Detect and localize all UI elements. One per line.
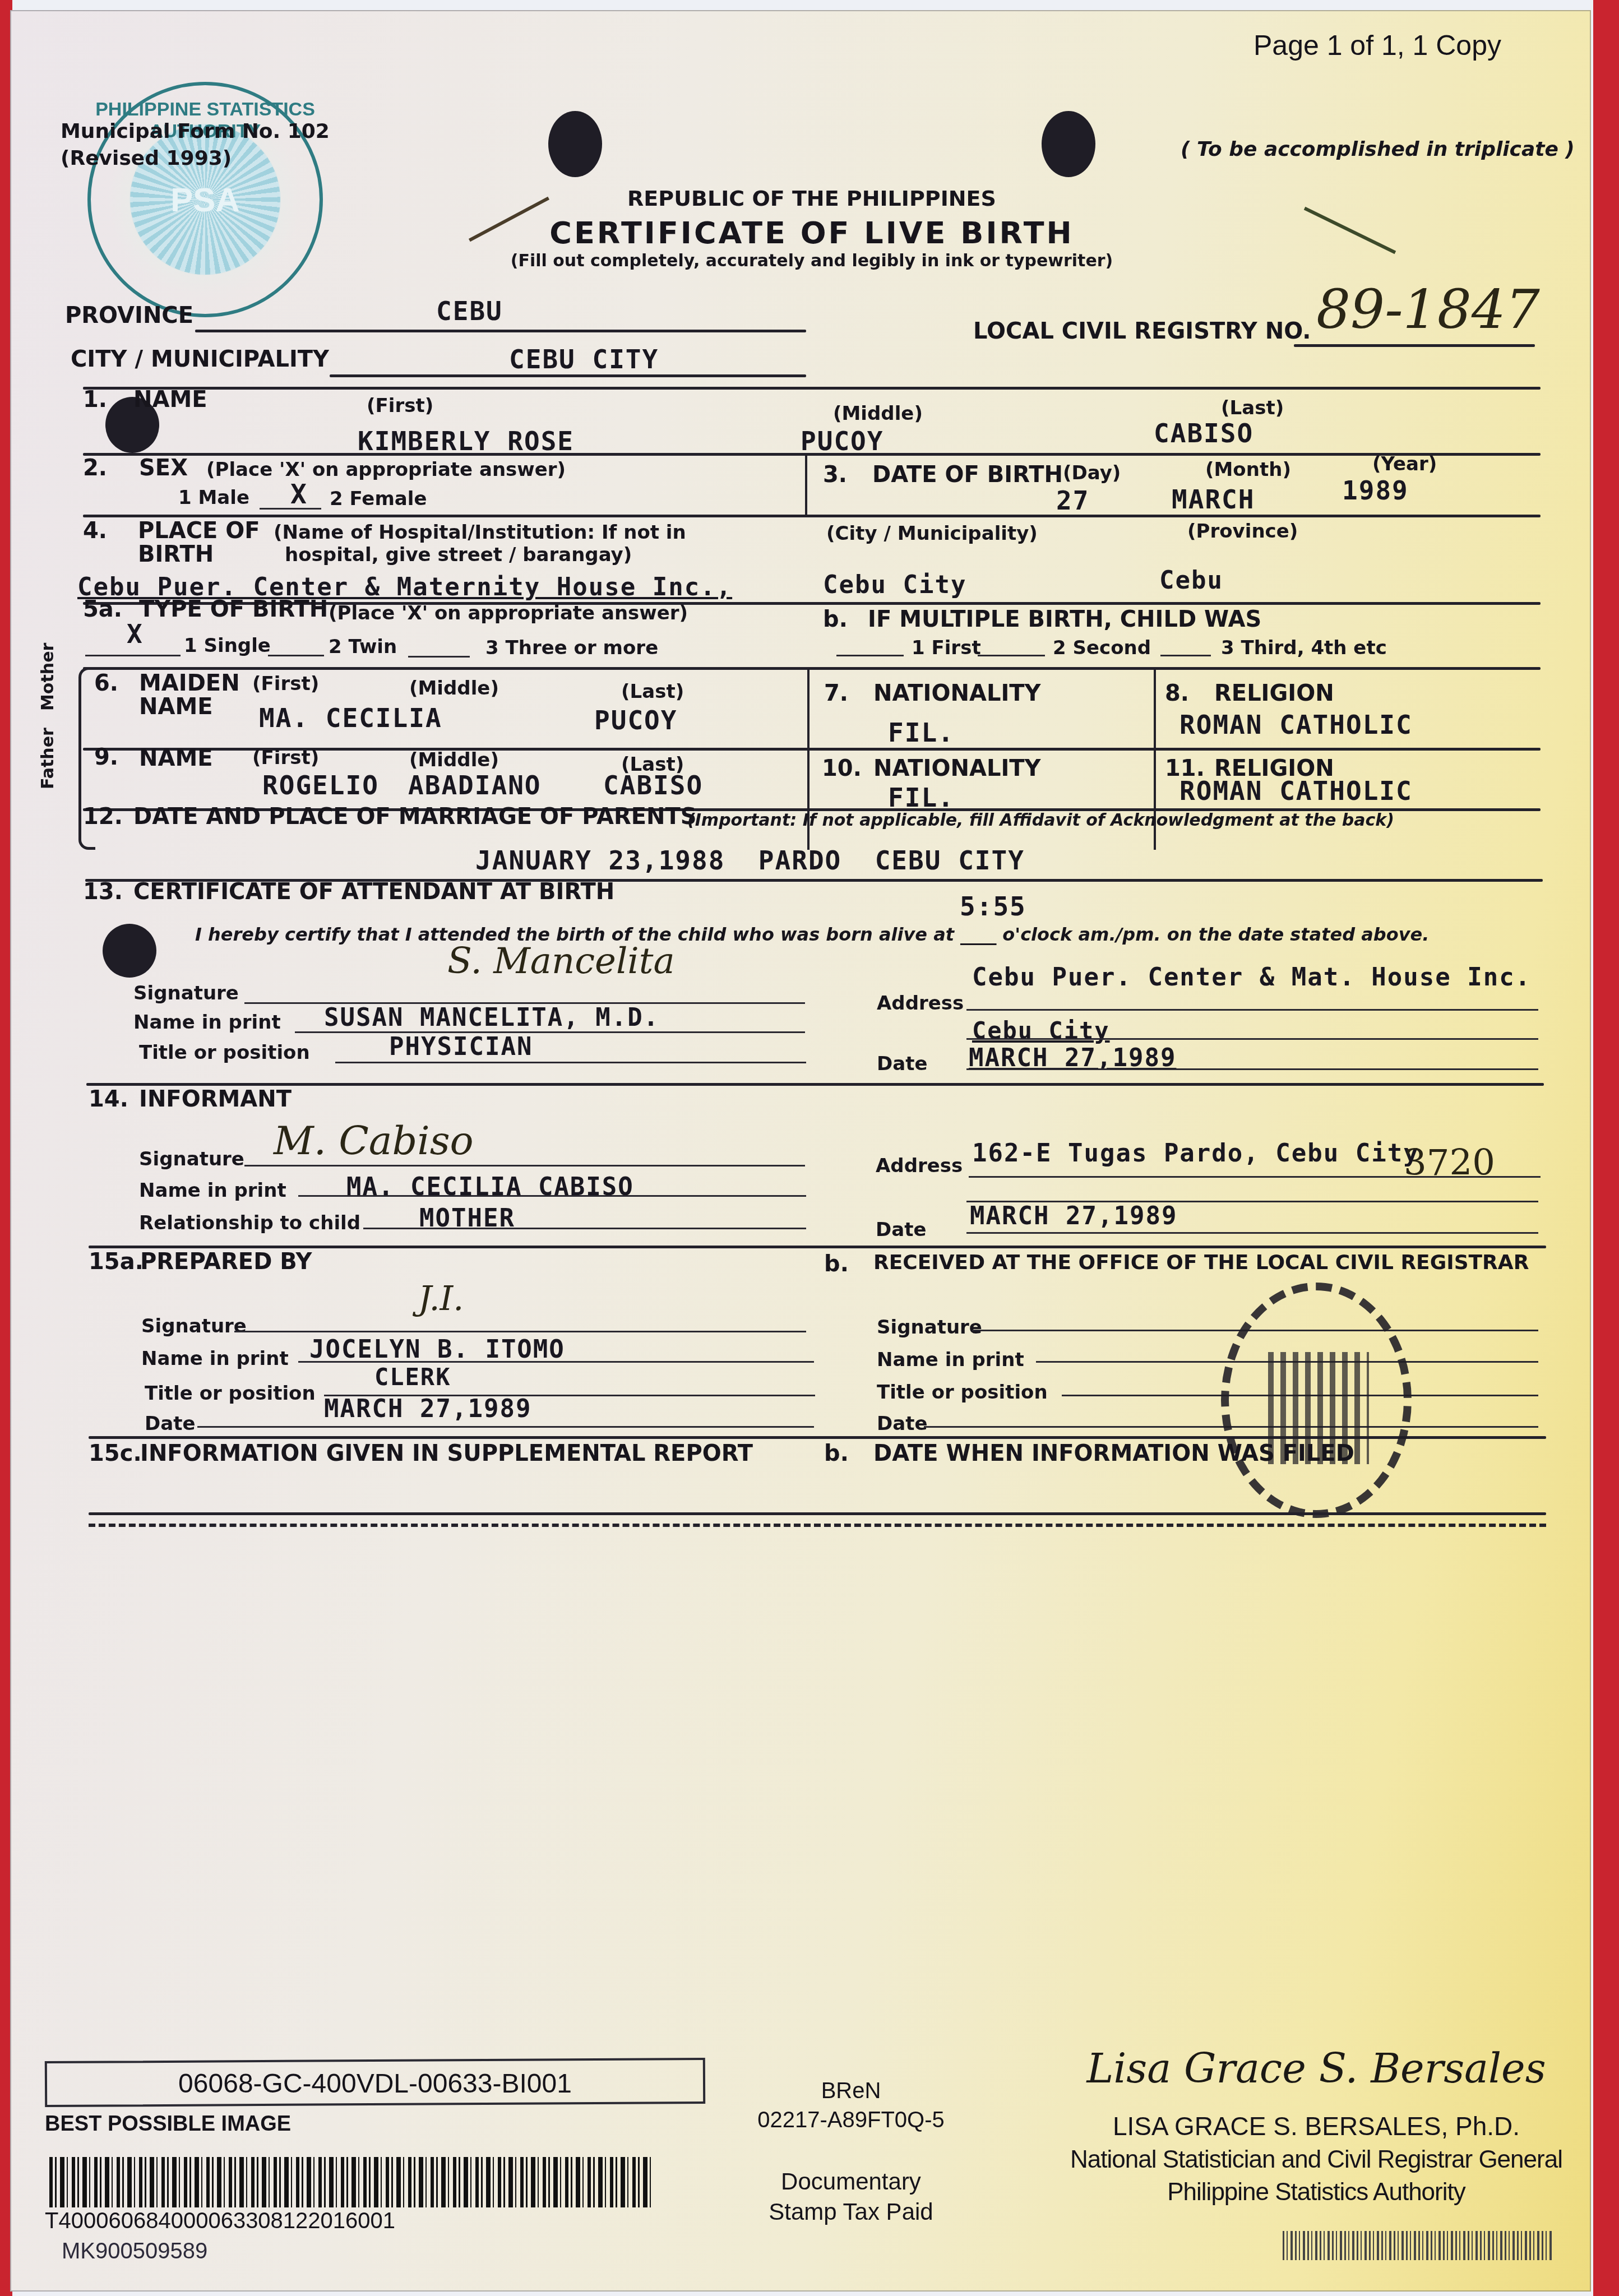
attendant-title-label: Title or position	[139, 1041, 310, 1064]
document-id: 06068-GC-400VDL-00633-BI001	[45, 2068, 705, 2099]
punch-hole-icon	[548, 111, 602, 177]
received-label: RECEIVED AT THE OFFICE OF THE LOCAL CIVI…	[873, 1251, 1529, 1274]
attendant-title: PHYSICIAN	[389, 1033, 533, 1061]
mother-nationality-num: 7.	[824, 681, 848, 706]
province-label: PROVINCE	[65, 303, 193, 328]
sex-label: SEX	[139, 455, 188, 481]
mother-last-name: PUCOY	[594, 705, 677, 735]
psa-seal-icon: PHILIPPINE STATISTICS AUTHORITY PSA	[87, 82, 323, 317]
city-label: CITY / MUNICIPALITY	[71, 346, 329, 372]
mother-label: MAIDEN	[139, 670, 240, 696]
received-name-label[interactable]: Name in print	[877, 1349, 1024, 1371]
attendant-label: CERTIFICATE OF ATTENDANT AT BIRTH	[133, 879, 614, 905]
signatory-title: National Statistician and Civil Registra…	[1036, 2146, 1597, 2174]
type-instructions: (Place 'X' on appropriate answer)	[329, 602, 688, 624]
type-num: 5a.	[83, 596, 122, 622]
mother-side-label: Mother	[38, 643, 58, 711]
dashed-divider	[89, 1524, 1546, 1527]
multiple-option-third[interactable]: 3 Third, 4th etc	[1221, 637, 1387, 659]
father-middle-label: (Middle)	[409, 749, 499, 771]
supplemental-date-label: DATE WHEN INFORMATION WAS FILED	[873, 1441, 1354, 1466]
name-num: 1.	[83, 387, 107, 413]
first-label: (First)	[367, 395, 433, 417]
marriage-note: (Important: If not applicable, fill Affi…	[687, 811, 1394, 830]
dob-month: MARCH	[1172, 484, 1255, 515]
document-title: CERTIFICATE OF LIVE BIRTH	[503, 215, 1120, 251]
attendant-signature-label: Signature	[133, 982, 239, 1004]
dob-day-label: (Day)	[1063, 462, 1121, 484]
sex-option-female[interactable]: 2 Female	[330, 488, 427, 510]
sex-num: 2.	[83, 455, 107, 481]
mother-last-label: (Last)	[621, 681, 684, 703]
pob-num: 4.	[83, 518, 107, 544]
attendant-num: 13.	[83, 879, 123, 905]
dob-num: 3.	[823, 462, 847, 488]
mother-first-label: (First)	[252, 673, 319, 695]
informant-date: MARCH 27,1989	[970, 1202, 1177, 1230]
prepared-num: 15a.	[89, 1249, 144, 1275]
father-first-label: (First)	[252, 747, 319, 769]
mother-nationality: FIL.	[888, 717, 955, 748]
received-num: b.	[824, 1251, 849, 1277]
lcr-label: LOCAL CIVIL REGISTRY NO.	[973, 318, 1311, 344]
mother-middle-label: (Middle)	[409, 677, 499, 700]
informant-date-label: Date	[876, 1219, 926, 1241]
form-number: Municipal Form No. 102	[61, 120, 330, 143]
attendant-address-line1: Cebu Puer. Center & Mat. House Inc.	[972, 963, 1531, 992]
prepared-name: JOCELYN B. ITOMO	[309, 1335, 565, 1364]
last-label: (Last)	[1221, 397, 1284, 419]
pob-label: PLACE OF	[138, 518, 260, 544]
father-nationality-label: NATIONALITY	[873, 756, 1041, 781]
mother-first-name: MA. CECILIA	[259, 703, 442, 733]
certificate-sheet: Page 1 of 1, 1 Copy PHILIPPINE STATISTIC…	[10, 10, 1591, 2292]
type-of-birth-label: TYPE OF BIRTH	[139, 596, 328, 622]
informant-address-label: Address	[876, 1155, 963, 1177]
birth-time: 5:55	[960, 891, 1026, 922]
pob-province-label: (Province)	[1187, 520, 1298, 543]
stamp-tax-label: Documentary	[716, 2168, 986, 2195]
lcr-value: 89-1847	[1316, 278, 1540, 341]
child-last-name: CABISO	[1154, 418, 1253, 448]
seal-initials: PSA	[91, 180, 320, 219]
barcode-number: T40006068400006330812201600​1	[45, 2209, 395, 2234]
mother-num: 6.	[94, 670, 118, 696]
informant-name-label: Name in print	[139, 1179, 286, 1202]
punch-hole-icon	[1042, 111, 1095, 177]
father-side-label: Father	[38, 728, 58, 789]
supplemental-label: INFORMATION GIVEN IN SUPPLEMENTAL REPORT	[140, 1441, 753, 1466]
prepared-title-label: Title or position	[145, 1382, 316, 1405]
pob-instructions: (Name of Hospital/Institution: If not in	[274, 521, 686, 544]
type-option-single[interactable]: 1 Single	[184, 635, 271, 657]
stamp-tax-label-2: Stamp Tax Paid	[716, 2198, 986, 2225]
republic-heading: REPUBLIC OF THE PHILIPPINES	[503, 186, 1120, 211]
child-first-name: KIMBERLY ROSE	[358, 426, 574, 456]
sex-instructions: (Place 'X' on appropriate answer)	[206, 459, 566, 481]
mother-religion: ROMAN CATHOLIC	[1179, 710, 1413, 740]
father-name-label: NAME	[139, 746, 213, 771]
marriage-label: DATE AND PLACE OF MARRIAGE OF PARENTS	[133, 804, 697, 830]
attendant-signature: S. Mancelita	[447, 941, 675, 982]
mother-label-2: NAME	[139, 694, 213, 720]
signatory-organization: Philippine Statistics Authority	[1036, 2178, 1597, 2206]
attendant-date-label: Date	[877, 1053, 927, 1075]
child-middle-name: PUCOY	[801, 426, 883, 456]
attendant-certification: I hereby certify that I attended the bir…	[195, 924, 1429, 945]
mother-nationality-label: NATIONALITY	[873, 681, 1041, 706]
sex-option-male[interactable]: 1 Male	[178, 487, 249, 509]
received-title-label[interactable]: Title or position	[877, 1381, 1048, 1404]
informant-name: MA. CECILIA CABISO	[346, 1173, 634, 1201]
province-value: CEBU	[436, 296, 503, 326]
bren-label: BReN	[716, 2079, 986, 2104]
punch-hole-icon	[103, 924, 156, 978]
informant-signature: M. Cabiso	[274, 1118, 474, 1164]
best-possible-image-label: BEST POSSIBLE IMAGE	[45, 2112, 291, 2136]
father-last-name: CABISO	[603, 770, 703, 800]
dob-month-label: (Month)	[1205, 459, 1291, 481]
page-indicator: Page 1 of 1, 1 Copy	[1253, 29, 1501, 62]
attendant-name-label: Name in print	[133, 1011, 281, 1034]
mk-number: MK900509589	[62, 2239, 207, 2264]
prepared-name-label: Name in print	[141, 1348, 289, 1370]
prepared-title: CLERK	[374, 1363, 451, 1391]
dob-year-label: (Year)	[1372, 453, 1437, 475]
marriage-value: JANUARY 23,1988 PARDO CEBU CITY	[475, 845, 1025, 876]
informant-num: 14.	[89, 1086, 128, 1112]
form-revision: (Revised 1993)	[61, 147, 232, 170]
barcode-icon	[49, 2157, 655, 2207]
document-subtitle: (Fill out completely, accurately and leg…	[447, 251, 1176, 271]
mother-religion-label: RELIGION	[1214, 681, 1334, 706]
attendant-address-line2: Cebu City	[972, 1017, 1110, 1044]
prepared-signature-label: Signature	[141, 1315, 247, 1337]
pob-province: Cebu	[1159, 566, 1223, 595]
father-middle-name: ABADIANO	[408, 770, 542, 800]
dob-year: 1989	[1342, 475, 1409, 506]
supplemental-date-num: b.	[824, 1441, 849, 1466]
security-barcode-icon	[1283, 2231, 1552, 2260]
father-religion: ROMAN CATHOLIC	[1179, 776, 1413, 806]
dob-label: DATE OF BIRTH	[872, 462, 1063, 488]
city-value: CEBU CITY	[509, 344, 659, 374]
staple-mark-icon	[1304, 207, 1396, 254]
middle-label: (Middle)	[833, 402, 923, 425]
prepared-date: MARCH 27,1989	[324, 1395, 531, 1423]
mother-religion-num: 8.	[1165, 681, 1189, 706]
pob-city: Cebu City	[823, 571, 966, 599]
type-option-three[interactable]: 3 Three or more	[485, 637, 658, 659]
registrar-received-stamp-icon	[1221, 1283, 1412, 1518]
registrar-general-signature: Lisa Grace S. Bersales	[1036, 2045, 1597, 2092]
informant-address: 162-E Tugas Pardo, Cebu City	[972, 1139, 1419, 1168]
father-nationality-num: 10.	[822, 756, 862, 781]
informant-relationship-label: Relationship to child	[139, 1212, 360, 1234]
type-mark: X	[127, 619, 144, 649]
supplemental-num: 15c.	[89, 1441, 142, 1466]
prepared-by-label: PREPARED BY	[140, 1249, 312, 1275]
dob-day: 27	[1056, 485, 1089, 516]
multiple-birth-label: IF MULTIPLE BIRTH, CHILD WAS	[868, 607, 1261, 632]
multiple-option-second[interactable]: 2 Second	[1053, 637, 1151, 659]
marriage-num: 12.	[83, 804, 123, 830]
child-name-label: NAME	[133, 387, 207, 413]
bren-value: 02217-A89FT0Q-5	[716, 2108, 986, 2133]
multiple-num: b.	[823, 607, 848, 632]
multiple-option-first[interactable]: 1 First	[912, 637, 981, 659]
received-signature-label[interactable]: Signature	[877, 1316, 982, 1339]
signatory-name: LISA GRACE S. BERSALES, Ph.D.	[1036, 2111, 1597, 2141]
father-first-name: ROGELIO	[262, 770, 379, 800]
received-date-label[interactable]: Date	[877, 1413, 927, 1435]
triplicate-note: ( To be accomplished in triplicate )	[1181, 138, 1575, 161]
prepared-signature: J.I.	[418, 1279, 464, 1318]
informant-label: INFORMANT	[139, 1086, 292, 1112]
father-num: 9.	[94, 744, 118, 770]
pob-instructions-2: hospital, give street / barangay)	[285, 544, 632, 566]
type-option-twin[interactable]: 2 Twin	[329, 636, 397, 658]
prepared-date-label: Date	[145, 1413, 195, 1435]
pob-city-label: (City / Municipality)	[826, 522, 1038, 545]
sex-mark: X	[290, 479, 308, 510]
attendant-address-label: Address	[877, 992, 964, 1015]
attendant-name: SUSAN MANCELITA, M.D.	[324, 1003, 659, 1032]
pob-label-2: BIRTH	[138, 541, 214, 567]
informant-signature-label: Signature	[139, 1148, 244, 1170]
